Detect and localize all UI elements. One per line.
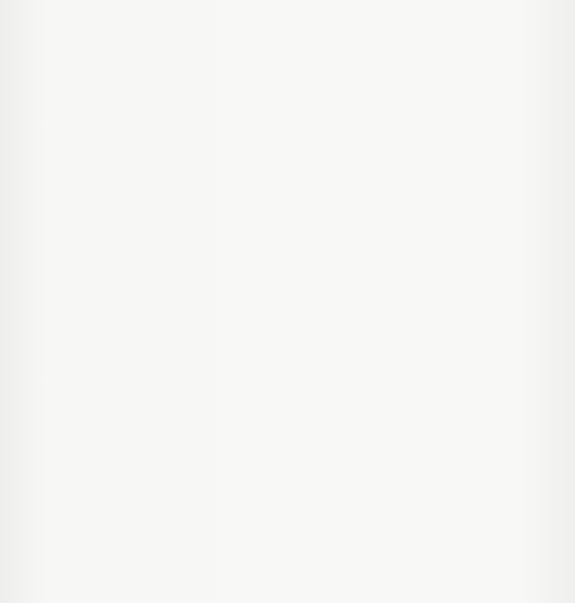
exam-answer-page bbox=[0, 0, 575, 603]
